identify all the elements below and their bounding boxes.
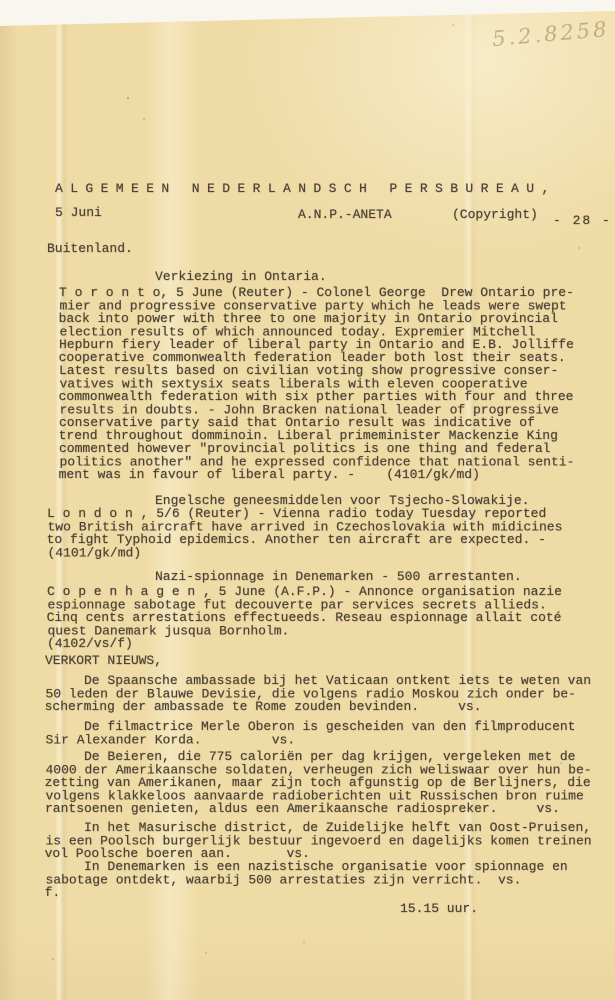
short-item: De Spaansche ambassade bij het Vaticaan … (45, 674, 599, 713)
article-text: C o p e n h a g e n , 5 June (A.F.P.) - … (47, 585, 599, 650)
shorts-heading: VERKORT NIEUWS, (45, 654, 599, 667)
article-nazi-espionage: Nazi-spionnage in Denemarken - 500 arres… (45, 570, 599, 650)
article-text: L o n d o n , 5/6 (Reuter) - Vienna radi… (47, 507, 599, 559)
short-item: In het Masurische district, de Zuidelijk… (45, 821, 599, 860)
paper-specks (0, 0, 2, 2)
page-number: - 28 - (553, 214, 612, 227)
shorts-section: VERKORT NIEUWS, De Spaansche ambassade b… (45, 654, 599, 899)
paper-sheet: 5.2.8258 ALGEMEEN NEDERLANDSCH PERSBUREA… (0, 0, 615, 1000)
short-item: De Beieren, die 775 caloriën per dag kri… (45, 750, 599, 815)
issue-time: 15.15 uur. (400, 902, 599, 915)
short-item: In Denemarken is een nazistische organis… (45, 860, 599, 899)
short-item: De filmactrice Merle Oberon is gescheide… (45, 720, 599, 746)
agency-masthead: ALGEMEEN NEDERLANDSCH PERSBUREAU, (55, 182, 599, 195)
article-british-medicine: Engelsche geneesmiddelen voor Tsjecho-Sl… (45, 494, 599, 559)
article-title: Verkiezing in Ontaria. (45, 270, 599, 283)
section-label: Buitenland. (47, 242, 599, 255)
date-label: 5 Juni (55, 206, 102, 219)
copyright-label: (Copyright) (452, 208, 538, 221)
article-ontario-election: Verkiezing in Ontaria. T o r o n t o, 5 … (45, 270, 599, 481)
header-meta-row: 5 Juni A.N.P.-ANETA (Copyright) - 28 - (45, 206, 599, 224)
wire-service-label: A.N.P.-ANETA (298, 208, 392, 221)
document-body: ALGEMEEN NEDERLANDSCH PERSBUREAU, 5 Juni… (0, 0, 615, 1000)
article-text: T o r o n t o, 5 June (Reuter) - Colonel… (59, 286, 599, 481)
article-title: Nazi-spionnage in Denemarken - 500 arres… (45, 570, 599, 583)
